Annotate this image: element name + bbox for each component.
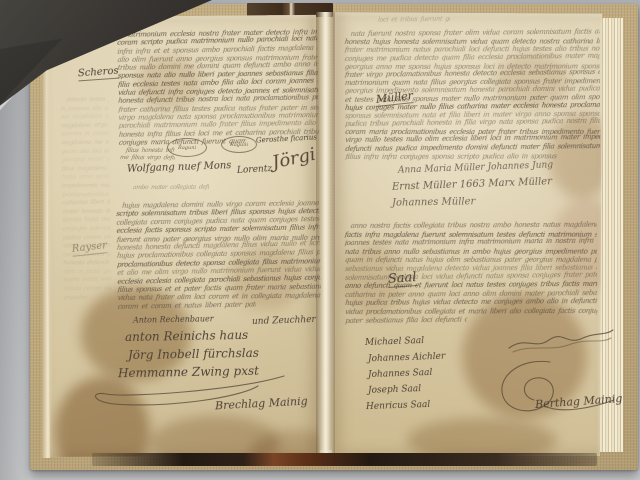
handwriting-line: pater sebastianus filia loci defuncti do… [345,315,468,325]
left-paragraph-2: hujus magdalena domini nullo virgo coram… [116,198,321,311]
handwriting-line: impedimento matrimonium [61,182,110,191]
right-paragraph-2: anno nostra factis collegiata tribus nos… [345,220,598,325]
right-signature: Joseph Saal [368,385,421,396]
signature-flourish-b [492,356,620,420]
stamp-text: Raguni [178,145,196,151]
handwriting-line: georgius mater sponsus [61,155,110,165]
handwriting-line: ambo mater collegiata defuncti olim [127,184,209,191]
handwriting-line: detecto testes filia [60,96,112,105]
handwriting-line: coram coram nullo nata [63,285,112,294]
left-margin-bleedthrough: detecto testes filia in joannes alio ecc… [60,96,112,303]
left-smallnote: ambo mater collegiata defuncti olim [127,184,209,191]
ink-stain [407,418,557,455]
handwriting-line: magdalena me ecclesia [61,139,110,148]
manuscript-photo: honesta catharina factis magdalena matri… [0,0,640,480]
handwriting-line: joannes testes nata matrimonium infra ma… [345,237,598,248]
handwriting-line: impedimento [63,294,87,303]
handwriting-line: conjuges solemnisatum [62,225,111,234]
book-spine-bottom [92,453,597,466]
handwriting-line: vidua proclamationibus collegiata et mar… [345,307,598,317]
margin-note-saal: Saal [388,271,418,288]
handwriting-line: loci et tribus fuerunt georgius [372,14,450,23]
stamp-oval: Raguni [167,138,207,157]
ink-scribble [505,326,617,356]
right-header-note: loci et tribus fuerunt georgius [372,14,450,23]
handwriting-line: anno nostra factis collegiata tribus nos… [345,220,598,230]
left-signature: Anton Rechenbauer [133,315,214,324]
stamp-oval: Raguni [221,136,257,153]
right-entry: Johannes Müller [392,197,475,208]
left-signature: anton Reinichs haus [125,329,248,343]
handwriting-line: me filius virgo defuncti [120,154,175,161]
stamp-text: Raguni [230,142,248,148]
left-signature: Jörg Inobell fürchslas [128,347,259,361]
handwriting-line: filius infra infra conjuges sponsa scrip… [345,152,561,161]
left-paragraph-1: matrimonium ecclesia nostra frater mater… [117,27,319,147]
mid-name-b: Lorentz [237,165,273,176]
